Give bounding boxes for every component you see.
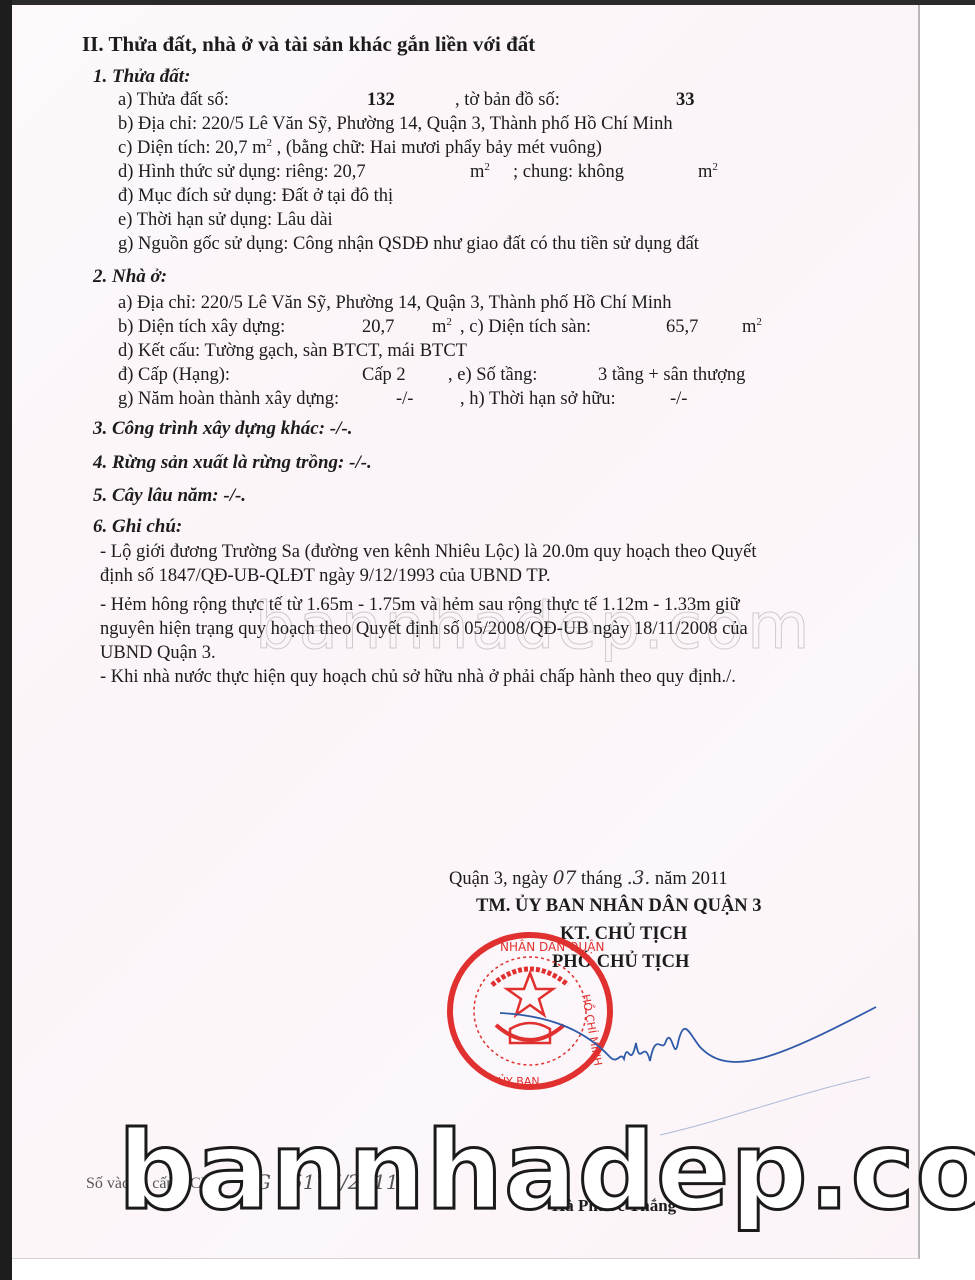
land-parcel-number: 132: [367, 90, 395, 111]
house-grade-label: đ) Cấp (Hạng):: [118, 365, 230, 386]
land-map-number: 33: [676, 90, 695, 111]
production-forest: 4. Rừng sản xuất là rừng trồng: -/-.: [93, 452, 372, 474]
section-title: II. Thửa đất, nhà ở và tài sản khác gắn …: [82, 32, 535, 57]
house-completion-label: g) Năm hoàn thành xây dựng:: [118, 389, 339, 410]
land-usage-common: ; chung: không: [513, 162, 624, 183]
house-floors-value: 3 tầng + sân thượng: [598, 365, 745, 386]
house-heading: 2. Nhà ở:: [93, 266, 167, 288]
land-parcel-label: a) Thửa đất số:: [118, 90, 229, 111]
notes-heading: 6. Ghi chú:: [93, 516, 182, 538]
land-area: c) Diện tích: 20,7 m2 , (bằng chữ: Hai m…: [118, 138, 602, 159]
house-address: a) Địa chỉ: 220/5 Lê Văn Sỹ, Phường 14, …: [118, 293, 672, 314]
house-floor-area-unit: m2: [742, 317, 762, 338]
house-floor-area-value: 65,7: [666, 317, 698, 338]
house-grade-value: Cấp 2: [362, 365, 406, 386]
house-completion-value: -/-: [396, 389, 413, 410]
ghost-watermark: bannhadep.com: [255, 590, 812, 664]
note-line: - Lộ giới đương Trường Sa (đường ven kên…: [100, 542, 757, 563]
land-heading: 1. Thửa đất:: [93, 66, 190, 88]
note-line: - Khi nhà nước thực hiện quy hoạch chủ s…: [100, 667, 736, 688]
other-construction: 3. Công trình xây dựng khác: -/-.: [93, 418, 352, 440]
house-ownership-term-label: , h) Thời hạn sở hữu:: [460, 389, 616, 410]
house-structure: d) Kết cấu: Tường gạch, sàn BTCT, mái BT…: [118, 341, 467, 362]
land-origin: g) Nguồn gốc sử dụng: Công nhận QSDĐ như…: [118, 234, 699, 255]
perennial-trees: 5. Cây lâu năm: -/-.: [93, 485, 246, 507]
land-term: e) Thời hạn sử dụng: Lâu dài: [118, 210, 333, 231]
house-ownership-term-value: -/-: [670, 389, 687, 410]
house-floor-area-label: , c) Diện tích sàn:: [460, 317, 591, 338]
issuing-authority: TM. ỦY BAN NHÂN DÂN QUẬN 3: [476, 896, 762, 917]
house-build-area-value: 20,7: [362, 317, 394, 338]
land-purpose: đ) Mục đích sử dụng: Đất ở tại đô thị: [118, 186, 393, 207]
note-line: UBND Quận 3.: [100, 643, 216, 664]
svg-text:NHÂN DÂN QUẬN: NHÂN DÂN QUẬN: [500, 939, 604, 954]
land-usage-unit-common: m2: [698, 162, 718, 183]
land-map-label: , tờ bản đồ số:: [455, 90, 560, 111]
note-line: định số 1847/QĐ-UB-QLĐT ngày 9/12/1993 c…: [100, 566, 551, 587]
site-watermark: bannhadep.com: [118, 1118, 975, 1226]
scan-left-edge: [0, 0, 12, 1280]
issue-date: Quận 3, ngày 07 tháng .3. năm 2011: [449, 868, 728, 890]
land-address: b) Địa chỉ: 220/5 Lê Văn Sỹ, Phường 14, …: [118, 114, 673, 135]
house-build-area-label: b) Diện tích xây dựng:: [118, 317, 285, 338]
house-build-area-unit: m2: [432, 317, 452, 338]
land-usage-form: d) Hình thức sử dụng: riêng: 20,7: [118, 162, 366, 183]
house-floors-label: , e) Số tầng:: [448, 365, 537, 386]
land-usage-unit-private: m2: [470, 162, 490, 183]
